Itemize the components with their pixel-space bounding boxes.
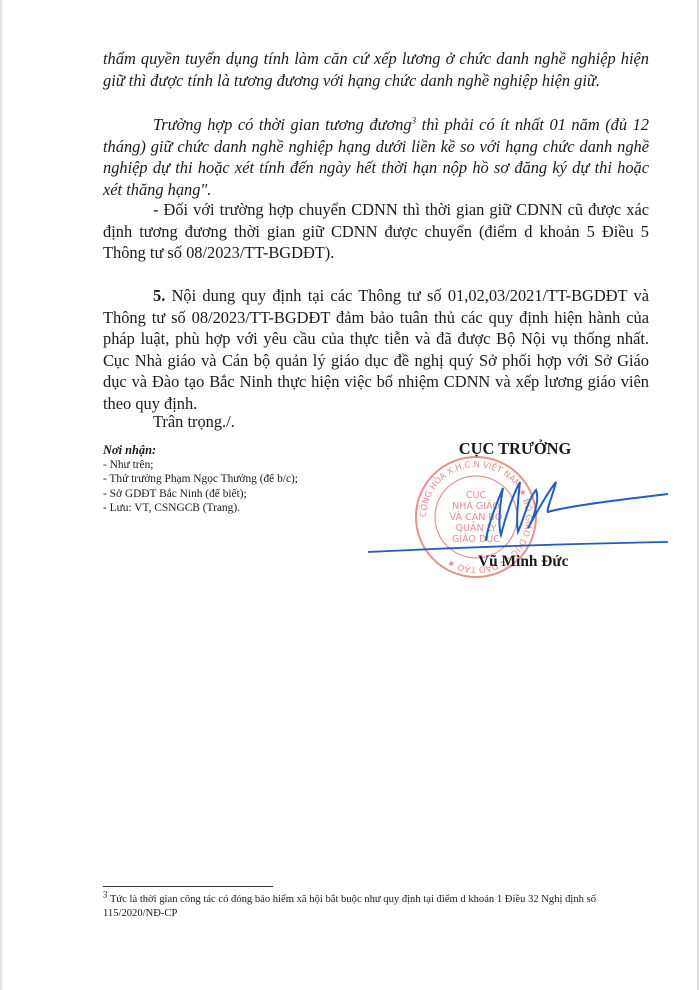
paragraph-3: - Đối với trường hợp chuyển CDNN thì thờ…	[103, 199, 649, 264]
paragraph-2-text-a: Trường hợp có thời gian tương đương	[153, 115, 412, 134]
closing-line: Trân trọng./.	[103, 411, 649, 433]
footnote-separator	[103, 886, 273, 887]
item-number: 5.	[153, 286, 165, 305]
recipient-item: - Lưu: VT, CSNGCB (Trang).	[103, 501, 383, 516]
paragraph-1: thẩm quyền tuyển dụng tính làm căn cứ xế…	[103, 48, 649, 91]
page-edge-right	[697, 0, 699, 990]
paragraph-4: 5. Nội dung quy định tại các Thông tư số…	[103, 285, 649, 414]
paragraph-4-text: Nội dung quy định tại các Thông tư số 01…	[103, 286, 649, 413]
recipient-item: - Sở GDĐT Bắc Ninh (để biết);	[103, 487, 383, 502]
recipients-block: Nơi nhận: - Như trên; - Thứ trưởng Phạm …	[103, 443, 383, 516]
page-edge-left	[0, 0, 3, 990]
recipient-item: - Thứ trưởng Phạm Ngọc Thưởng (để b/c);	[103, 472, 383, 487]
recipient-item: - Như trên;	[103, 458, 383, 473]
paragraph-2: Trường hợp có thời gian tương đương3 thì…	[103, 114, 649, 200]
footnote: 3 Tức là thời gian công tác có đóng bảo …	[103, 893, 649, 921]
signer-name: Vũ Minh Đức	[478, 553, 568, 571]
handwritten-signature-icon	[368, 470, 668, 560]
recipients-title: Nơi nhận:	[103, 443, 383, 458]
footnote-text: Tức là thời gian công tác có đóng bảo hi…	[103, 894, 596, 919]
